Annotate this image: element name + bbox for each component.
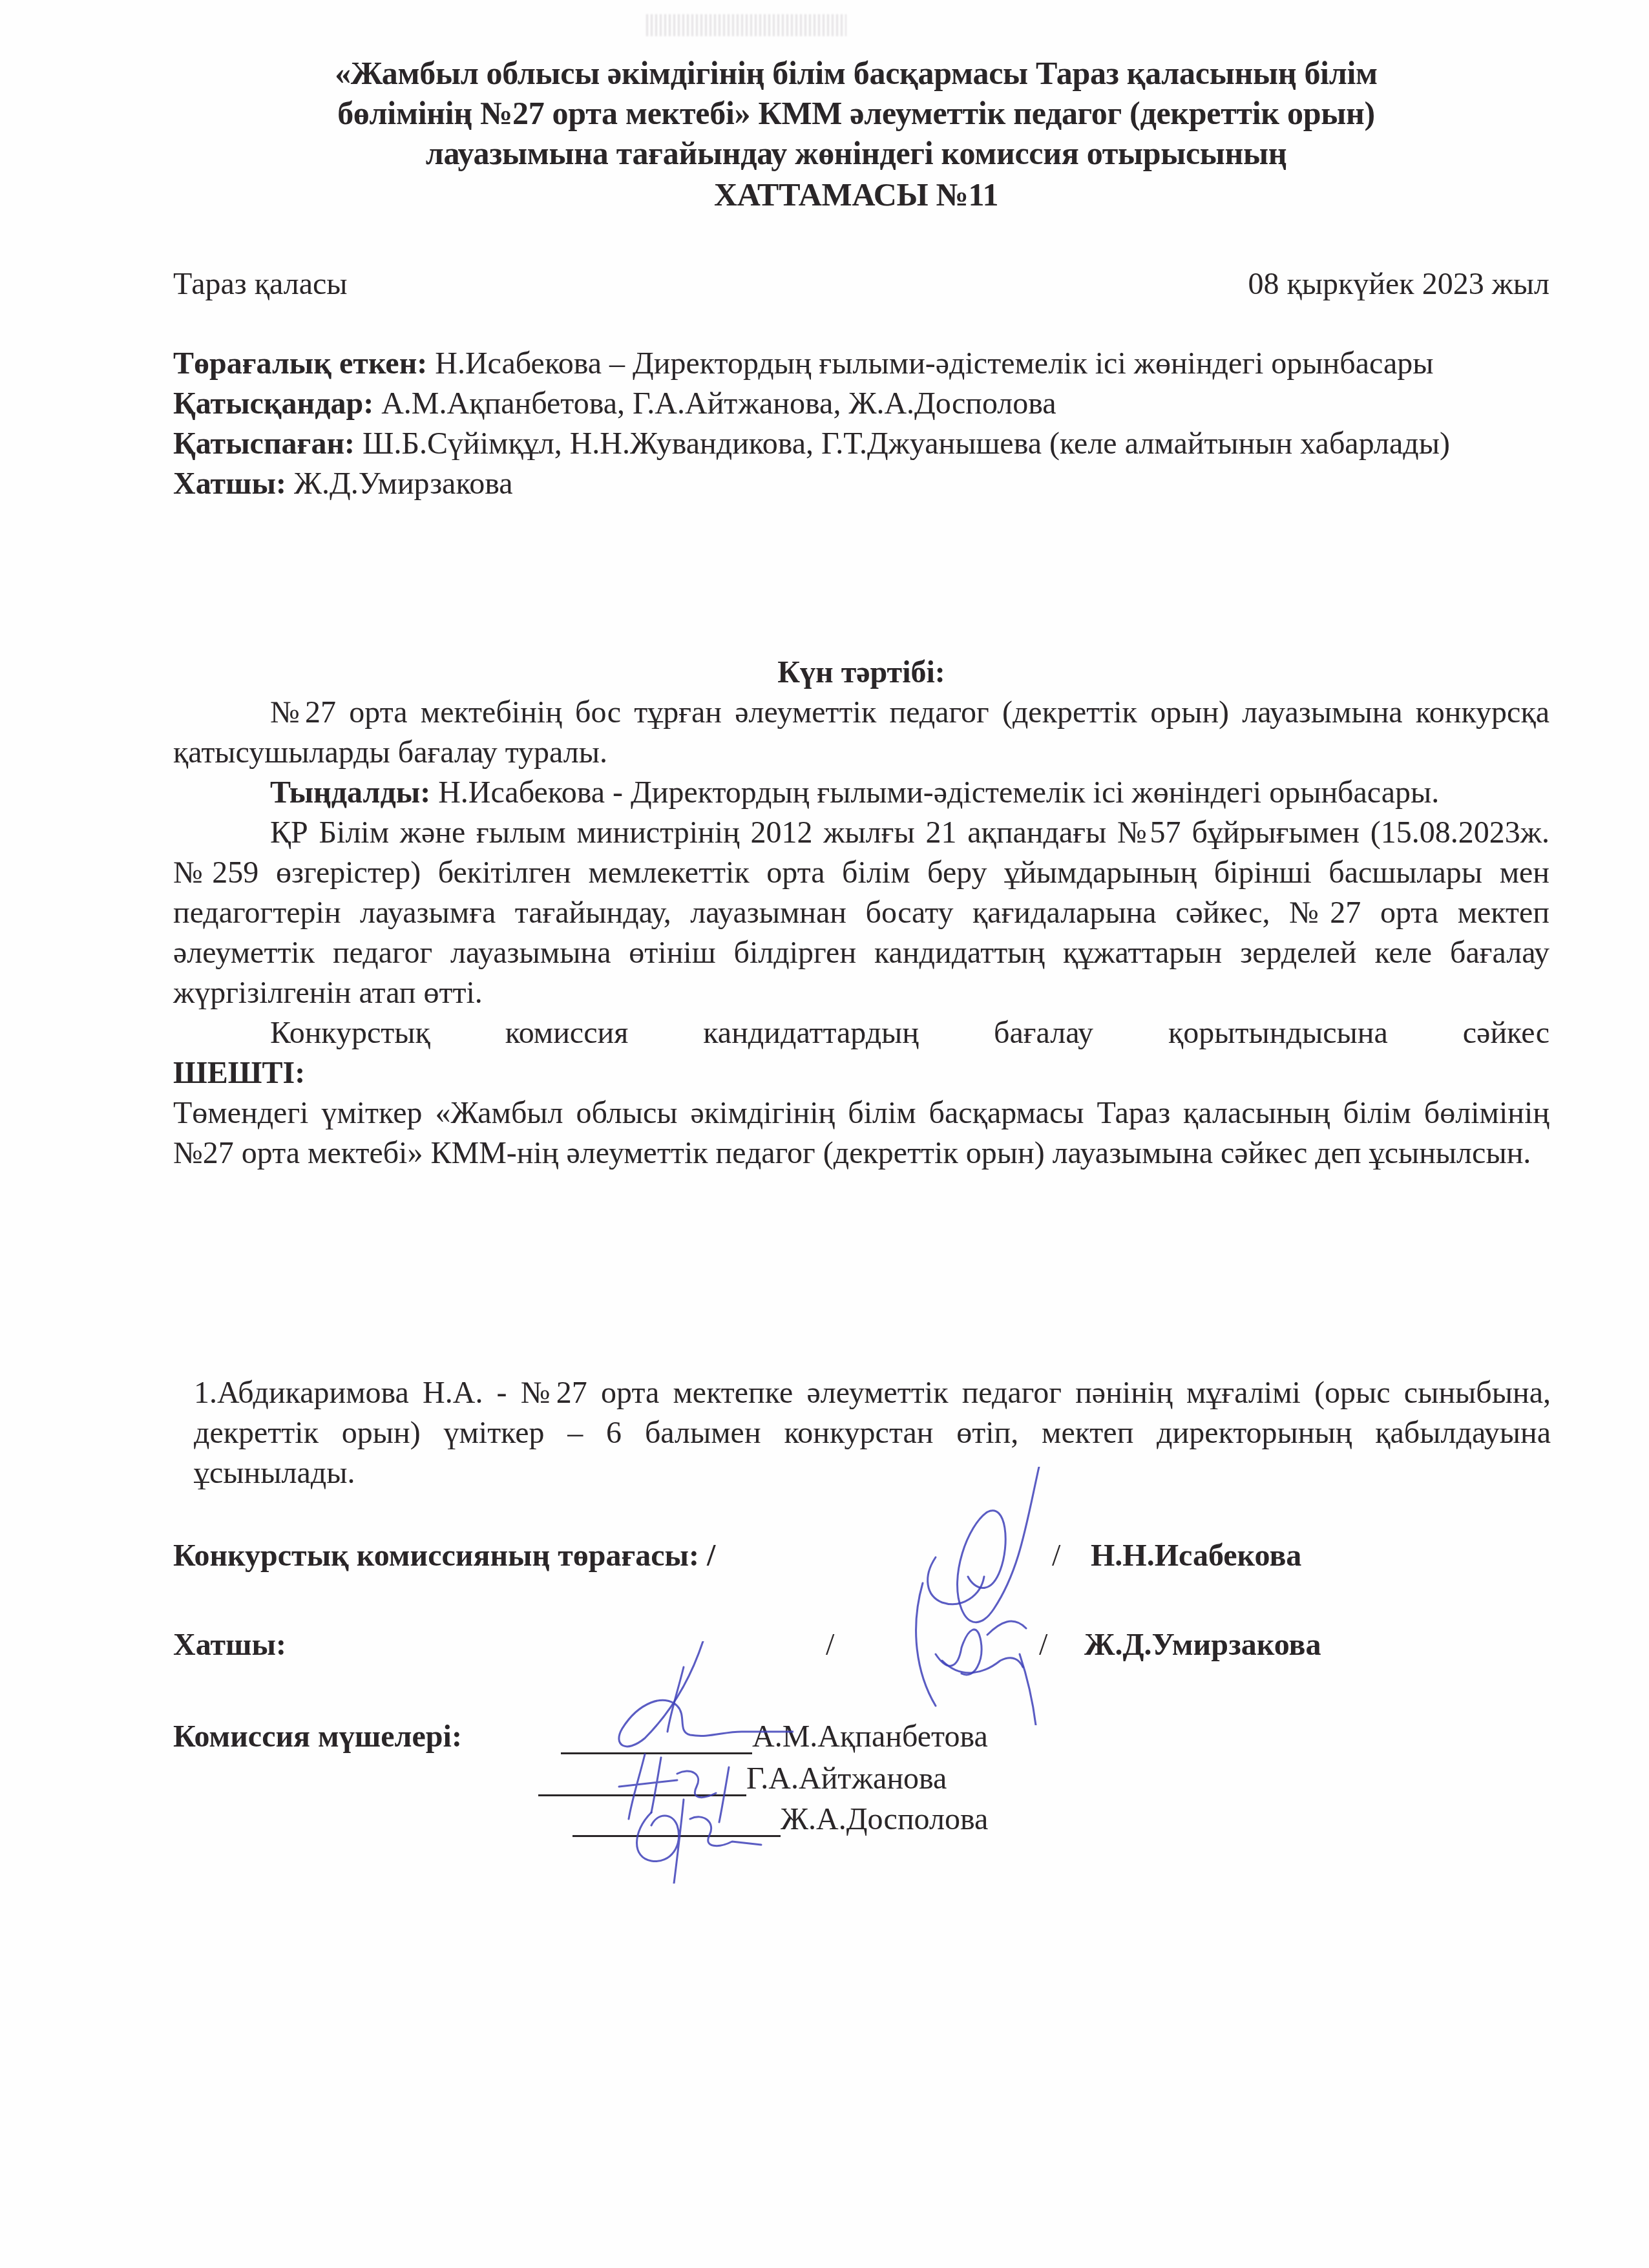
title-line-2: бөлімінің №27 орта мектебі» КММ әлеуметт… <box>168 93 1544 133</box>
absent-label: Қатыспаған: <box>173 426 355 461</box>
chair-label: Төрағалық еткен: <box>173 346 427 381</box>
present-line: Қатысқандар: А.М.Ақпанбетова, Г.А.Айтжан… <box>173 384 1549 424</box>
member-row-1: А.М.Ақпанбетова <box>561 1719 988 1754</box>
secretary-slash-right: / <box>1039 1627 1047 1663</box>
member-row-2: Г.А.Айтжанова <box>538 1761 947 1796</box>
signature-line <box>538 1766 746 1796</box>
chair-line: Төрағалық еткен: Н.Исабекова – Директорд… <box>173 344 1549 384</box>
chair-value: Н.Исабекова – Директордың ғылыми-әдістем… <box>427 346 1433 381</box>
chair-signature-row: Конкурстық комиссияның төрағасы: / / Н.Н… <box>173 1538 715 1573</box>
attendance-section: Төрағалық еткен: Н.Исабекова – Директорд… <box>173 344 1549 504</box>
heard-label: Тыңдалды: <box>270 775 430 810</box>
chair-signature-icon <box>871 1467 1142 1712</box>
decision-text: Төмендегі үміткер «Жамбыл облысы әкімдіг… <box>173 1093 1549 1173</box>
heard-line: Тыңдалды: Н.Исабекова - Директордың ғылы… <box>173 773 1549 813</box>
scan-artifact <box>646 14 846 36</box>
absent-line: Қатыспаған: Ш.Б.Сүйімқұл, Н.Н.Жувандиков… <box>173 424 1549 464</box>
signature-line <box>572 1807 781 1837</box>
signature-line <box>561 1724 752 1754</box>
date: 08 қыркүйек 2023 жыл <box>1248 266 1549 302</box>
member-name-2: Г.А.Айтжанова <box>746 1761 947 1796</box>
candidate-item: 1.Абдикаримова Н.А. - №27 орта мектепке … <box>194 1373 1551 1493</box>
member-name-3: Ж.А.Досполова <box>781 1802 988 1836</box>
document-title: «Жамбыл облысы әкімдігінің білім басқарм… <box>168 53 1544 215</box>
absent-value: Ш.Б.Сүйімқұл, Н.Н.Жувандикова, Г.Т.Джуан… <box>355 426 1450 461</box>
heard-value: Н.Исабекова - Директордың ғылыми-әдістем… <box>430 775 1439 810</box>
present-label: Қатысқандар: <box>173 386 373 421</box>
protocol-title: ХАТТАМАСЫ №11 <box>168 174 1544 215</box>
member-name-1: А.М.Ақпанбетова <box>752 1719 988 1754</box>
secretary-line: Хатшы: Ж.Д.Умирзакова <box>173 464 1549 504</box>
secretary-signature-label: Хатшы: <box>173 1628 286 1662</box>
agenda-item: №27 орта мектебінің бос тұрған әлеуметті… <box>173 693 1549 773</box>
secretary-slash-left: / <box>826 1627 834 1663</box>
secretary-value: Ж.Д.Умирзакова <box>286 467 513 501</box>
secretary-signature-icon <box>897 1577 1104 1725</box>
decided-label: ШЕШТІ: <box>173 1053 1549 1093</box>
agenda-heading: Күн тәртібі: <box>173 653 1549 693</box>
member-row-3: Ж.А.Досполова <box>572 1801 988 1837</box>
secretary-label: Хатшы: <box>173 467 286 501</box>
legal-basis-paragraph: ҚР Білім және ғылым министрінің 2012 жыл… <box>173 813 1549 1013</box>
commission-text: Конкурстық комиссия кандидаттардың бағал… <box>173 1013 1549 1053</box>
agenda-section: Күн тәртібі: №27 орта мектебінің бос тұр… <box>173 653 1549 1173</box>
chair-signature-label: Конкурстық комиссияның төрағасы: / <box>173 1538 715 1573</box>
chair-slash: / <box>1052 1538 1060 1573</box>
present-value: А.М.Ақпанбетова, Г.А.Айтжанова, Ж.А.Досп… <box>373 386 1056 421</box>
title-line-3: лауазымына тағайындау жөніндегі комиссия… <box>168 133 1544 173</box>
chair-name: Н.Н.Исабекова <box>1091 1538 1301 1573</box>
secretary-name: Ж.Д.Умирзакова <box>1084 1627 1321 1663</box>
document-page: «Жамбыл облысы әкімдігінің білім басқарм… <box>0 0 1649 2268</box>
title-line-1: «Жамбыл облысы әкімдігінің білім басқарм… <box>168 53 1544 93</box>
secretary-signature-row: Хатшы: / / Ж.Д.Умирзакова <box>173 1627 286 1663</box>
members-label: Комиссия мүшелері: <box>173 1719 462 1754</box>
city: Тараз қаласы <box>173 266 348 302</box>
